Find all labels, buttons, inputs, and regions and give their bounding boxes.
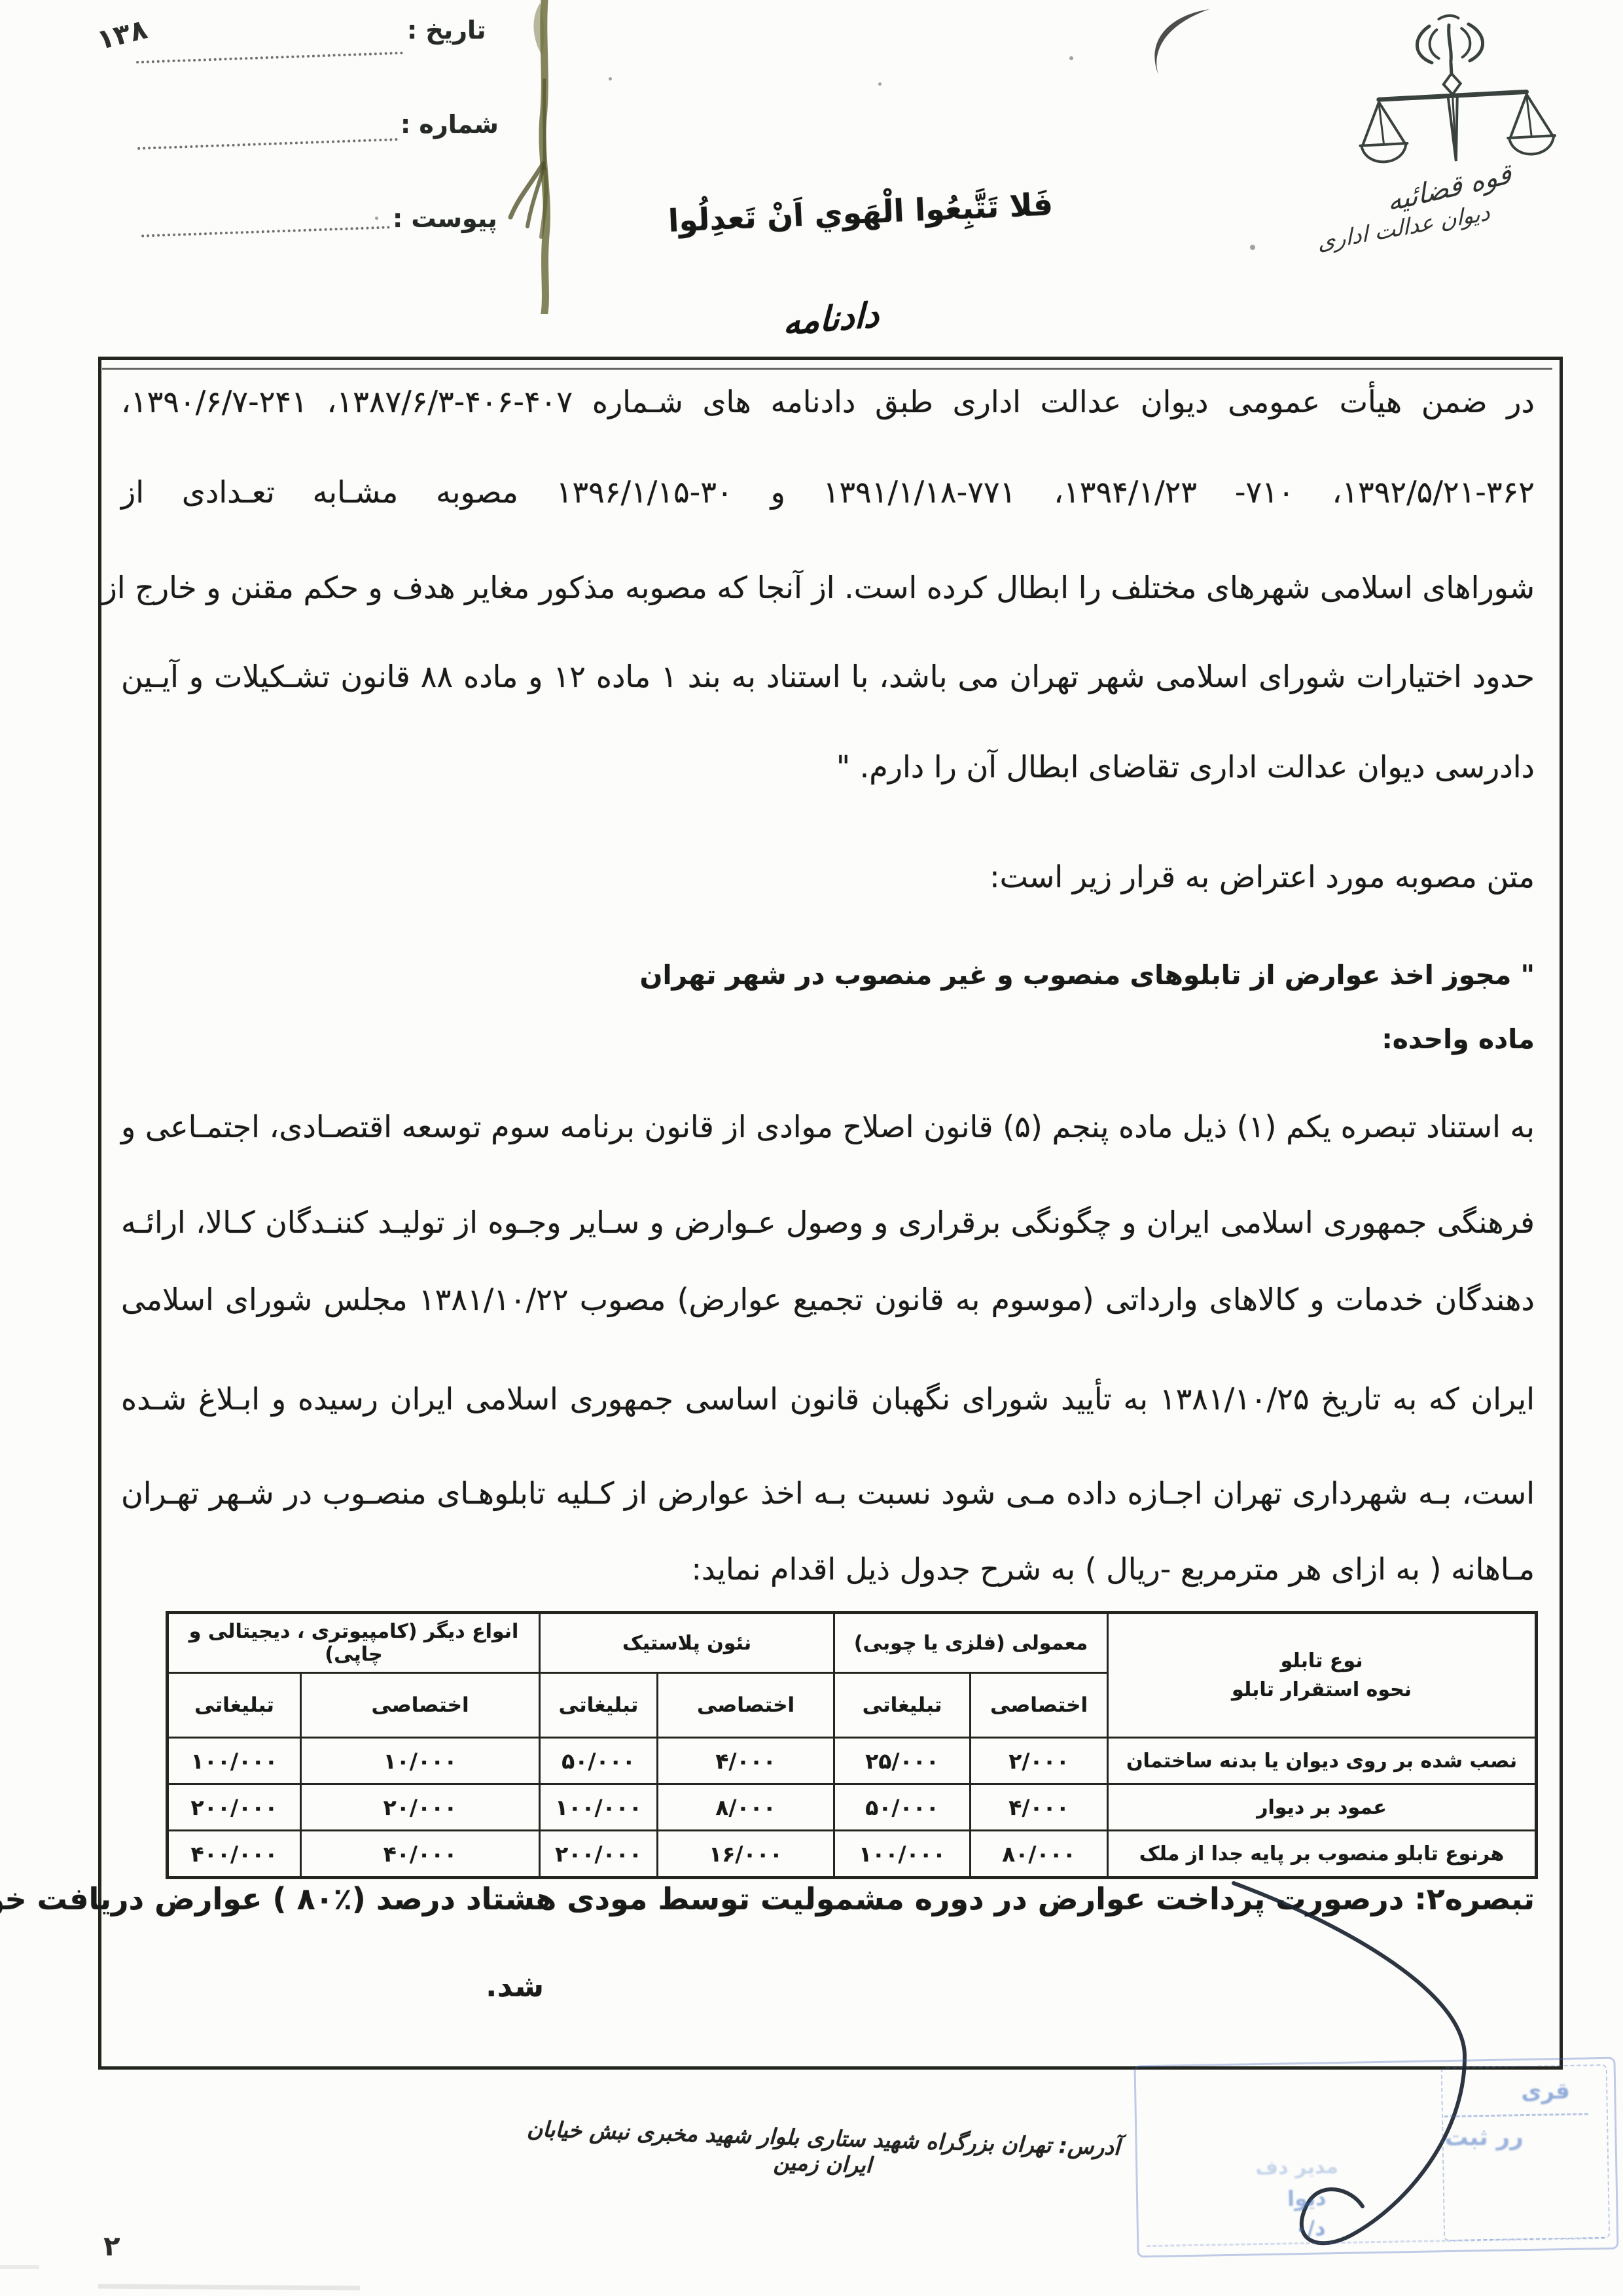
subheader-exclusive: اختصاصی (971, 1673, 1108, 1738)
fee-cell: ۲۰/۰۰۰ (301, 1784, 540, 1831)
office-stamp: قری رر ثبت مدیر دف دیوا د/۰ (1133, 2057, 1618, 2258)
single-article-heading: ماده واحده: (121, 1019, 1535, 1059)
table-group-neon: نئون پلاستیک (540, 1613, 834, 1673)
fee-cell: ۴/۰۰۰ (971, 1784, 1108, 1831)
body-line: در ضمن هیأت عمومی دیوان عدالت اداری طبق … (121, 382, 1535, 421)
scan-speck (609, 77, 612, 80)
fee-cell: ۵۰/۰۰۰ (834, 1784, 971, 1831)
scanned-court-verdict-page: { "letterhead": { "date_label": "تاریخ :… (0, 0, 1623, 2296)
fee-cell: ۱۰۰/۰۰۰ (168, 1738, 301, 1784)
scan-smudge (98, 2284, 360, 2291)
fee-cell: ۱۰۰/۰۰۰ (834, 1831, 971, 1878)
row-label: نصب شده بر روی دیوان یا بدنه ساختمان (1108, 1738, 1537, 1784)
table-header-sign-type: نوع تابلو نحوه استقرار تابلو (1108, 1613, 1537, 1738)
fee-cell: ۱۶/۰۰۰ (658, 1831, 834, 1878)
number-field-label: شماره : (401, 110, 499, 139)
scan-artifact-plant-stem (504, 0, 596, 314)
body-line: ۳۶۲-‏۱۳۹۲/۵/۲۱، ۷۱۰-‏ ۱۳۹۴/۱/۲۳، ۷۷۱-‏۱۳… (121, 472, 1535, 512)
scan-artifact-crescent-mark (1132, 5, 1224, 90)
subheader-advertising: تبلیغاتی (168, 1673, 301, 1738)
body-line: است، بـه شهرداری تهران اجـازه داده مـی ش… (121, 1474, 1535, 1513)
stamp-bottom-line (1147, 2237, 1605, 2247)
scan-speck (375, 217, 378, 220)
table-row: نصب شده بر روی دیوان یا بدنه ساختمان ۲/۰… (168, 1738, 1537, 1784)
fee-cell: ۱۰۰/۰۰۰ (540, 1784, 658, 1831)
sign-placement-label: نحوه استقرار تابلو (1114, 1676, 1529, 1704)
sign-fees-table: نوع تابلو نحوه استقرار تابلو معمولی (فلز… (166, 1611, 1538, 1879)
scan-speck (878, 82, 882, 86)
date-dotted-line (136, 52, 403, 63)
body-line: مـاهانه ( به ازای هر مترمربع -ریال ) به … (121, 1549, 1535, 1589)
body-line: حدود اختیارات شورای اسلامی شهر تهران می … (121, 657, 1535, 696)
scan-smudge (0, 2265, 39, 2269)
date-field-label: تاریخ : (407, 16, 486, 44)
sign-type-label: نوع تابلو (1114, 1647, 1529, 1676)
fee-cell: ۲/۰۰۰ (971, 1738, 1108, 1784)
subheader-exclusive: اختصاصی (658, 1673, 834, 1738)
fee-cell: ۸/۰۰۰ (658, 1784, 834, 1831)
body-line: دادرسی دیوان عدالت اداری تقاضای ابطال آن… (121, 747, 1535, 786)
stamp-text-fragment: مدیر دف (1255, 2155, 1338, 2180)
scan-speck (1069, 56, 1073, 60)
page-number: ۲ (103, 2230, 120, 2262)
note-continuation: شد. (486, 1968, 544, 2004)
fee-cell: ۲۰۰/۰۰۰ (540, 1831, 658, 1878)
content-frame-inner-top-line (102, 368, 1552, 370)
subheader-advertising: تبلیغاتی (540, 1673, 658, 1738)
stamp-text-fragment: دیوا (1287, 2185, 1327, 2211)
stamp-text-fragment: قری (1521, 2078, 1570, 2105)
address-line: آدرس: تهران بزرگراه شهید ستاری بلوار شهی… (500, 2115, 1146, 2187)
fee-cell: ۵۰/۰۰۰ (540, 1738, 658, 1784)
fee-cell: ۴/۰۰۰ (658, 1738, 834, 1784)
fee-cell: ۱۰/۰۰۰ (301, 1738, 540, 1784)
body-line: به استناد تبصره یکم (۱) ذیل ماده پنجم (۵… (121, 1107, 1535, 1146)
body-line: فرهنگی جمهوری اسلامی ایران و چگونگی برقر… (121, 1203, 1535, 1242)
fee-cell: ۴۰۰/۰۰۰ (168, 1831, 301, 1878)
stamp-text-fragment: د/۰ (1294, 2216, 1326, 2241)
quranic-motto: فَلا تَتَّبِعُوا الْهَوي اَنْ تَعدِلُوا (644, 186, 1077, 241)
fee-cell: ۴۰/۰۰۰ (301, 1831, 540, 1878)
table-group-ordinary: معمولی (فلزی یا چوبی) (834, 1613, 1108, 1673)
fee-cell: ۸۰/۰۰۰ (971, 1831, 1108, 1878)
body-line: دهندگان خدمات و کالاهای وارداتی (موسوم ب… (121, 1280, 1535, 1319)
resolution-heading: " مجوز اخذ عوارض از تابلوهای منصوب و غیر… (121, 955, 1535, 995)
body-line: شوراهای اسلامی شهرهای مختلف را ابطال کرد… (121, 568, 1535, 607)
stamp-text-fragment: رر ثبت (1444, 2123, 1524, 2151)
subheader-advertising: تبلیغاتی (834, 1673, 971, 1738)
body-line: متن مصوبه مورد اعتراض به قرار زیر است: (121, 857, 1535, 896)
date-value: ۱۳۸ (94, 12, 150, 56)
fee-cell: ۲۰۰/۰۰۰ (168, 1784, 301, 1831)
judiciary-scales-emblem-icon (1340, 6, 1572, 194)
scan-speck (1250, 245, 1255, 250)
body-line: ایران که به تاریخ ۱۳۸۱/۱۰/۲۵ به تأیید شو… (121, 1379, 1535, 1419)
table-group-other: انواع دیگر (کامپیوتری ، دیجیتالی و چاپی) (168, 1613, 540, 1673)
table-row: عمود بر دیوار ۴/۰۰۰ ۵۰/۰۰۰ ۸/۰۰۰ ۱۰۰/۰۰۰… (168, 1784, 1537, 1831)
document-title: دادنامه (753, 292, 910, 345)
number-dotted-line (137, 138, 398, 150)
attachment-field-label: پیوست : (393, 204, 497, 233)
attachment-dotted-line (141, 226, 390, 237)
row-label: عمود بر دیوار (1108, 1784, 1537, 1831)
fee-cell: ۲۵/۰۰۰ (834, 1738, 971, 1784)
subheader-exclusive: اختصاصی (301, 1673, 540, 1738)
